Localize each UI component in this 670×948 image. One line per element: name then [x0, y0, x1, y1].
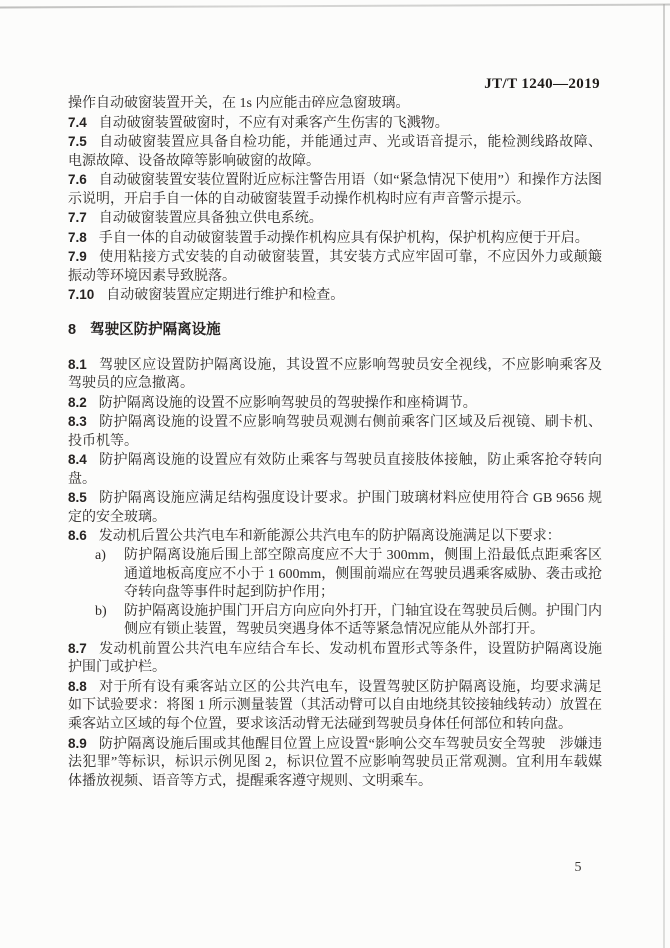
clause-text: 自动破窗装置应定期进行维护和检查。: [106, 288, 344, 303]
clause-text: 防护隔离设施的设置不应影响驾驶员观测右侧前乘客门区域及后视镜、刷卡机、投币机等。: [68, 415, 602, 449]
clause-text: 发动机前置公共汽电车应结合车长、发动机布置形式等条件，设置防护隔离设施护围门或护…: [68, 642, 602, 676]
list-item-text: 防护隔离设施后围上部空隙高度应不大于 300mm，侧围上沿最低点距乘客区通道地板…: [124, 547, 602, 603]
section-8-heading: 8驾驶区防护隔离设施: [68, 321, 602, 340]
clause-number: 8.2: [68, 395, 99, 410]
clause-text: 自动破窗装置破窗时，不应有对乘客产生伤害的飞溅物。: [99, 116, 449, 131]
clause-8-7: 8.7发动机前置公共汽电车应结合车长、发动机布置形式等条件，设置防护隔离设施护围…: [68, 640, 602, 678]
clause-8-2: 8.2防护隔离设施的设置不应影响驾驶员的驾驶操作和座椅调节。: [68, 394, 602, 414]
clause-8-6: 8.6发动机后置公共汽电车和新能源公共汽电车的防护隔离设施满足以下要求：: [68, 527, 602, 547]
clause-number: 7.4: [68, 115, 99, 130]
clause-7-8: 7.8手自一体的自动破窗装置手动操作机构应具有保护机构，保护机构应便于开启。: [68, 229, 602, 249]
clause-7-4: 7.4自动破窗装置破窗时，不应有对乘客产生伤害的飞溅物。: [68, 114, 602, 134]
clause-number: 7.8: [68, 230, 99, 245]
clause-number: 8.9: [68, 736, 99, 751]
document-page: JT/T 1240—2019 操作自动破窗装置开关，在 1s 内应能击碎应急窗玻…: [0, 0, 670, 948]
clause-text: 防护隔离设施后围或其他醒目位置上应设置“影响公交车驾驶员安全驾驶 涉嫌违法犯罪”…: [68, 737, 602, 789]
clause-8-9: 8.9防护隔离设施后围或其他醒目位置上应设置“影响公交车驾驶员安全驾驶 涉嫌违法…: [68, 735, 602, 792]
clause-text: 发动机后置公共汽电车和新能源公共汽电车的防护隔离设施满足以下要求：: [99, 529, 561, 544]
clause-number: 8.1: [68, 357, 99, 372]
paragraph-continuation: 操作自动破窗装置开关，在 1s 内应能击碎应急窗玻璃。: [68, 95, 602, 114]
clause-number: 8.5: [68, 490, 99, 505]
clause-8-4: 8.4防护隔离设施的设置应有效防止乘客与驾驶员直接肢体接触，防止乘客抢夺转向盘。: [68, 451, 602, 489]
clause-7-10: 7.10自动破窗装置应定期进行维护和检查。: [68, 286, 602, 306]
clause-number: 8.7: [68, 641, 99, 656]
clause-number: 7.10: [68, 287, 106, 302]
clause-number: 7.9: [68, 249, 99, 264]
section-number: 8: [68, 322, 90, 338]
clause-8-5: 8.5防护隔离设施应满足结构强度设计要求。护围门玻璃材料应使用符合 GB 965…: [68, 489, 602, 527]
clause-7-9: 7.9使用粘接方式安装的自动破窗装置，其安装方式应牢固可靠，不应因外力或颠簸振动…: [68, 248, 602, 286]
page-body: 操作自动破窗装置开关，在 1s 内应能击碎应急窗玻璃。 7.4自动破窗装置破窗时…: [68, 95, 602, 791]
list-item-text: 防护隔离设施护围门开启方向应向外打开，门轴宜设在驾驶员后侧。护围门内侧应有锁止装…: [124, 603, 602, 640]
clause-number: 8.4: [68, 452, 99, 467]
clause-8-3: 8.3防护隔离设施的设置不应影响驾驶员观测右侧前乘客门区域及后视镜、刷卡机、投币…: [68, 413, 602, 451]
paragraph-text: 操作自动破窗装置开关，在 1s 内应能击碎应急窗玻璃。: [68, 96, 409, 111]
clause-number: 7.6: [68, 172, 99, 187]
clause-text: 自动破窗装置应具备独立供电系统。: [99, 211, 323, 226]
clause-text: 使用粘接方式安装的自动破窗装置，其安装方式应牢固可靠，不应因外力或颠簸振动等环境…: [68, 250, 602, 284]
clause-number: 8.3: [68, 414, 99, 429]
clause-text: 防护隔离设施的设置不应影响驾驶员的驾驶操作和座椅调节。: [99, 396, 477, 411]
clause-text: 对于所有设有乘客站立区的公共汽电车，设置驾驶区防护隔离设施，均要求满足如下试验要…: [68, 680, 602, 732]
clause-text: 驾驶区应设置防护隔离设施，其设置不应影响驾驶员安全视线，不应影响乘客及驾驶员的应…: [68, 358, 602, 392]
clause-7-5: 7.5自动破窗装置应具备自检功能，并能通过声、光或语音提示，能检测线路故障、电源…: [68, 133, 602, 171]
page-number: 5: [560, 860, 596, 876]
clause-text: 自动破窗装置应具备自检功能，并能通过声、光或语音提示，能检测线路故障、电源故障、…: [68, 135, 602, 169]
clause-7-6: 7.6自动破窗装置安装位置附近应标注警告用语（如“紧急情况下使用”）和操作方法图…: [68, 171, 602, 209]
list-item-b: b) 防护隔离设施护围门开启方向应向外打开，门轴宜设在驾驶员后侧。护围门内侧应有…: [68, 603, 602, 640]
scan-artifact-right-line: [663, 4, 665, 948]
clause-number: 7.5: [68, 134, 99, 149]
clause-text: 防护隔离设施的设置应有效防止乘客与驾驶员直接肢体接触，防止乘客抢夺转向盘。: [68, 453, 602, 487]
clause-number: 7.7: [68, 210, 99, 225]
list-marker: b): [95, 603, 124, 640]
section-title: 驾驶区防护隔离设施: [90, 322, 221, 338]
clause-text: 自动破窗装置安装位置附近应标注警告用语（如“紧急情况下使用”）和操作方法图示说明…: [68, 173, 602, 207]
scan-artifact-top-line: [0, 4, 670, 9]
clause-number: 8.6: [68, 528, 99, 543]
clause-text: 防护隔离设施应满足结构强度设计要求。护围门玻璃材料应使用符合 GB 9656 规…: [68, 491, 602, 525]
clause-number: 8.8: [68, 679, 99, 694]
list-marker: a): [95, 547, 124, 603]
list-item-a: a) 防护隔离设施后围上部空隙高度应不大于 300mm，侧围上沿最低点距乘客区通…: [68, 547, 602, 603]
clause-8-1: 8.1驾驶区应设置防护隔离设施，其设置不应影响驾驶员安全视线，不应影响乘客及驾驶…: [68, 356, 602, 394]
clause-8-8: 8.8对于所有设有乘客站立区的公共汽电车，设置驾驶区防护隔离设施，均要求满足如下…: [68, 678, 602, 735]
clause-7-7: 7.7自动破窗装置应具备独立供电系统。: [68, 209, 602, 229]
clause-text: 手自一体的自动破窗装置手动操作机构应具有保护机构，保护机构应便于开启。: [99, 231, 589, 246]
standard-code-header: JT/T 1240—2019: [484, 76, 600, 93]
